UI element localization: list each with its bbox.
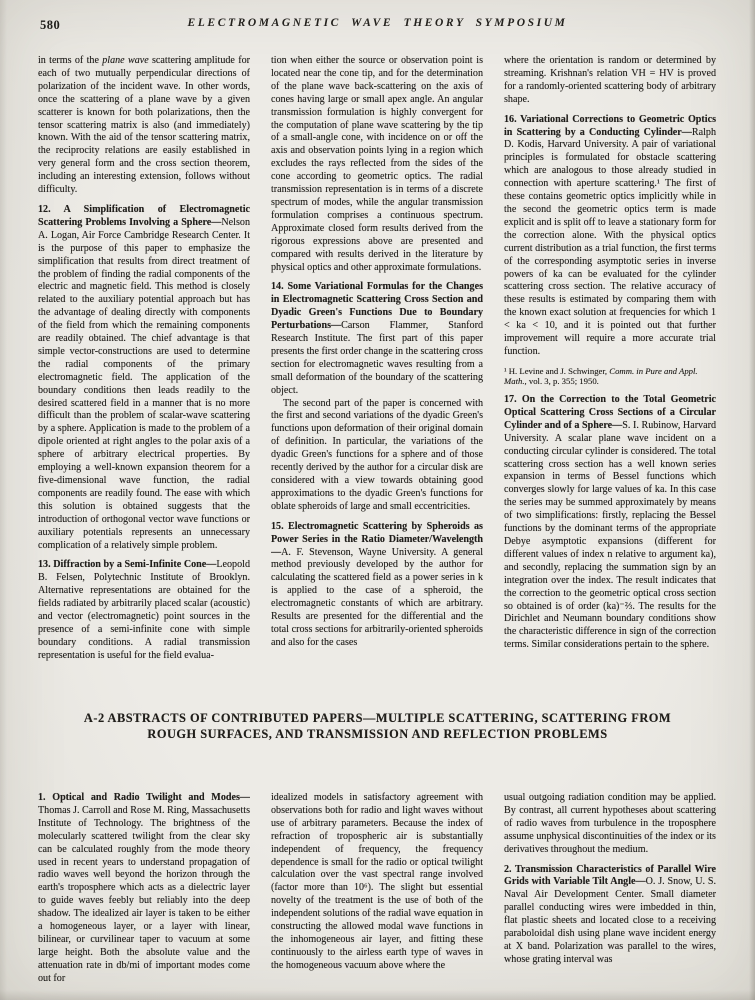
- paragraph-continuation-11: in terms of the plane wave scattering am…: [38, 55, 250, 197]
- abstract-1: 1. Optical and Radio Twilight and Modes—…: [38, 792, 250, 986]
- abstract-12-body: Nelson A. Logan, Air Force Cambridge Res…: [38, 217, 250, 551]
- abstract-14-body: Carson Flammer, Stanford Research Instit…: [271, 320, 483, 396]
- paragraph-continuation-1b: usual outgoing radiation condition may b…: [504, 792, 716, 857]
- text-run: idealized models in satisfactory agreeme…: [271, 792, 483, 971]
- abstract-15-body: A. F. Stevenson, Wayne University. A gen…: [271, 547, 483, 648]
- abstract-2: 2. Transmission Characteristics of Paral…: [504, 864, 716, 967]
- abstract-17: 17. On the Correction to the Total Geome…: [504, 394, 716, 652]
- text-run: in terms of the: [38, 55, 102, 66]
- abstract-15: 15. Electromagnetic Scattering by Sphero…: [271, 521, 483, 650]
- top-column-2: tion when either the source or observati…: [271, 55, 483, 707]
- abstract-16-title: 16. Variational Corrections to Geometric…: [504, 114, 716, 138]
- footnote-text: ¹ H. Levine and J. Schwinger,: [504, 366, 609, 376]
- page-header: 580 ELECTROMAGNETIC WAVE THEORY SYMPOSIU…: [40, 16, 715, 38]
- paragraph-continuation-13: tion when either the source or observati…: [271, 55, 483, 274]
- footnote-1: ¹ H. Levine and J. Schwinger, Comm. in P…: [504, 366, 716, 387]
- paragraph-continuation-1: idealized models in satisfactory agreeme…: [271, 792, 483, 973]
- paragraph-continuation-15: where the orientation is random or deter…: [504, 55, 716, 107]
- footnote-text: , vol. 3, p. 355; 1950.: [525, 376, 599, 386]
- abstract-17-body: S. I. Rubinow, Harvard University. A sca…: [504, 420, 716, 650]
- abstract-16: 16. Variational Corrections to Geometric…: [504, 114, 716, 359]
- abstract-2-body: O. J. Snow, U. S. Naval Air Development …: [504, 876, 716, 964]
- text-run: tion when either the source or observati…: [271, 55, 483, 273]
- bottom-abstract-columns: 1. Optical and Radio Twilight and Modes—…: [38, 792, 716, 994]
- running-title: ELECTROMAGNETIC WAVE THEORY SYMPOSIUM: [40, 17, 715, 29]
- abstract-16-body: Ralph D. Kodis, Harvard University. A pa…: [504, 127, 716, 357]
- abstract-14: 14. Some Variational Formulas for the Ch…: [271, 281, 483, 397]
- section-heading-line-1: A-2 ABSTRACTS OF CONTRIBUTED PAPERS—MULT…: [0, 711, 755, 727]
- abstract-13: 13. Diffraction by a Semi-Infinite Cone—…: [38, 559, 250, 662]
- text-run: scattering amplitude for each of two mut…: [38, 55, 250, 195]
- bottom-column-3: usual outgoing radiation condition may b…: [504, 792, 716, 994]
- abstract-14-paragraph-2: The second part of the paper is concerne…: [271, 398, 483, 514]
- abstract-12: 12. A Simplification of Electromagnetic …: [38, 204, 250, 552]
- abstract-1-title: 1. Optical and Radio Twilight and Modes—: [38, 792, 250, 803]
- text-run: where the orientation is random or deter…: [504, 55, 716, 105]
- section-heading: A-2 ABSTRACTS OF CONTRIBUTED PAPERS—MULT…: [0, 711, 755, 742]
- scanned-page: 580 ELECTROMAGNETIC WAVE THEORY SYMPOSIU…: [0, 0, 755, 1000]
- abstract-13-body: Leopold B. Felsen, Polytechnic Institute…: [38, 559, 250, 660]
- abstract-12-title: 12. A Simplification of Electromagnetic …: [38, 204, 250, 228]
- abstract-1-body: Thomas J. Carroll and Rose M. Ring, Mass…: [38, 805, 250, 984]
- abstract-13-title: 13. Diffraction by a Semi-Infinite Cone—: [38, 559, 216, 570]
- top-column-1: in terms of the plane wave scattering am…: [38, 55, 250, 707]
- italic-term: plane wave: [102, 55, 148, 66]
- bottom-column-1: 1. Optical and Radio Twilight and Modes—…: [38, 792, 250, 994]
- bottom-column-2: idealized models in satisfactory agreeme…: [271, 792, 483, 994]
- top-abstract-columns: in terms of the plane wave scattering am…: [38, 55, 716, 707]
- section-heading-line-2: ROUGH SURFACES, AND TRANSMISSION AND REF…: [0, 727, 755, 743]
- text-run: usual outgoing radiation condition may b…: [504, 792, 716, 855]
- top-column-3: where the orientation is random or deter…: [504, 55, 716, 707]
